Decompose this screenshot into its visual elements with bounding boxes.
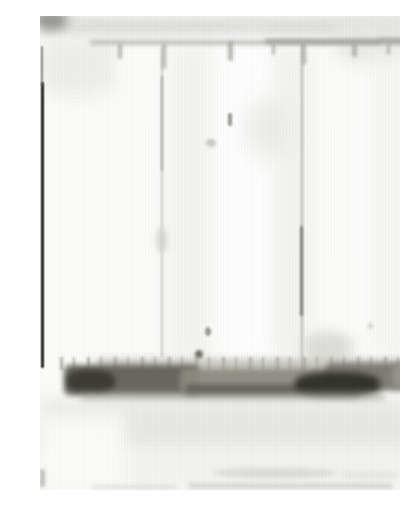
band-dark-left [67,370,115,393]
top-edge-line-dark-right [378,38,400,43]
gray-column-right [274,44,312,359]
overexposed-film-photograph [40,16,400,490]
top-drip-7 [387,43,390,55]
band-main-left [64,365,199,396]
left-film-border-top-faint [41,46,43,86]
band-main-mid [180,368,335,394]
below-band-fade [40,446,400,490]
right-area-tint [375,51,400,356]
band-upper-cloud [302,332,354,362]
band-dark-right [295,372,380,398]
band-main-right [325,363,400,391]
top-left-corner-smudge [40,16,68,30]
speck-lower-right [368,323,373,329]
bottom-left-white [40,414,125,490]
vertical-streak-left-blob [156,226,167,254]
below-band-wash [40,400,400,458]
vertical-streak-left [161,48,163,358]
bottom-smudge-1 [212,468,337,478]
gray-column-left [168,44,216,359]
left-film-border [41,82,44,368]
top-drip-6 [352,41,357,57]
top-drip-5 [302,43,306,65]
band-under-fringe [80,393,385,402]
bottom-smudge-2 [338,471,400,479]
bottom-left-edge-mark [40,469,45,487]
top-edge-line-dark-mid [265,39,380,44]
band-soft-top [95,359,400,370]
mid-gray-cloud [245,98,295,160]
top-drip-4 [272,43,275,55]
top-right-gray-wash [335,16,400,64]
paper-base [40,16,400,490]
vertical-streak-right-dark-segment [300,226,303,316]
band-right-fade [392,363,400,389]
film-grain-overlay [40,16,400,490]
bottom-edge-smudge [188,483,393,489]
bottom-edge-smudge-left [92,485,177,489]
speck-hook [206,139,216,147]
upper-left-gray-wash [40,36,115,96]
white-column-center [216,41,274,361]
top-drip-2 [162,43,166,69]
top-edge-line [90,40,400,45]
band-bottom-dark [185,385,360,397]
vertical-streak-right [301,44,303,374]
vertical-streak-left-dark-segment [161,76,163,171]
speck-lower-mid [205,327,211,336]
speck-upper-mid [228,113,232,126]
top-gray-band [40,16,400,36]
top-drip-3 [228,41,233,61]
band-top-drip-fringe [60,357,400,370]
speck-band-top [195,350,203,359]
top-drip-1 [118,43,122,59]
